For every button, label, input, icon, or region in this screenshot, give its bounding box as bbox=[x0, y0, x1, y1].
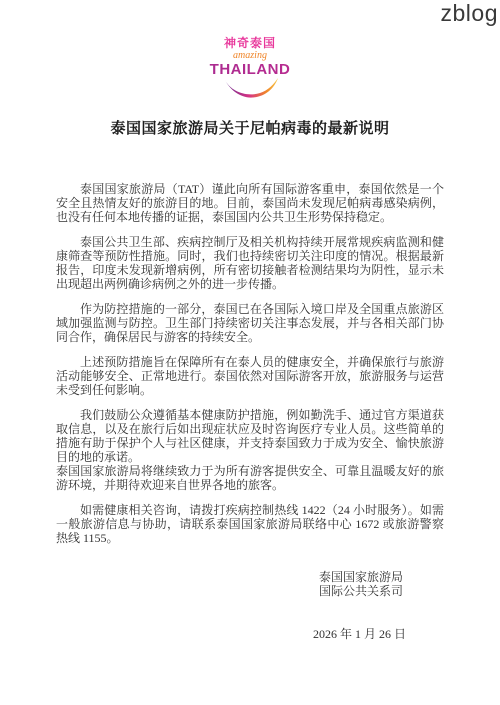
logo-chinese-text: 神奇泰国 bbox=[0, 37, 500, 49]
page-title: 泰国国家旅游局关于尼帕病毒的最新说明 bbox=[0, 117, 500, 138]
paragraph-3: 作为防控措施的一部分，泰国已在各国际入境口岸及全国重点旅游区域加强监测与防控。卫… bbox=[56, 302, 444, 344]
paragraph-7: 如需健康相关咨询，请拨打疾病控制热线 1422（24 小时服务）。如需一般旅游信… bbox=[56, 503, 444, 545]
thailand-swoosh-icon bbox=[0, 78, 500, 98]
signature-org: 泰国国家旅游局 bbox=[319, 570, 403, 584]
signature-date: 2026 年 1 月 26 日 bbox=[313, 627, 406, 641]
paragraph-2: 泰国公共卫生部、疾病控制厅及相关机构持续开展常规疾病监测和健康筛查等预防性措施。… bbox=[56, 235, 444, 291]
paragraph-4: 上述预防措施旨在保障所有在泰人员的健康安全，并确保旅行与旅游活动能够安全、正常地… bbox=[56, 355, 444, 397]
paragraph-5: 我们鼓励公众遵循基本健康防护措施，例如勤洗手、通过官方渠道获取信息，以及在旅行后… bbox=[56, 408, 444, 464]
document-page: zblog 神奇泰国 amazing THAILAND 泰国国家旅游局关于尼帕病… bbox=[0, 0, 500, 705]
document-body: 泰国国家旅游局（TAT）谨此向所有国际游客重申，泰国依然是一个安全且热情友好的旅… bbox=[56, 182, 444, 641]
paragraph-1: 泰国国家旅游局（TAT）谨此向所有国际游客重申，泰国依然是一个安全且热情友好的旅… bbox=[56, 182, 444, 224]
zblog-site-logo[interactable]: zblog bbox=[441, 0, 498, 27]
amazing-thailand-logo: 神奇泰国 amazing THAILAND bbox=[0, 0, 500, 98]
paragraph-6: 泰国国家旅游局将继续致力于为所有游客提供安全、可靠且温暖友好的旅游环境，并期待欢… bbox=[56, 464, 444, 492]
signature-block: 泰国国家旅游局 国际公共关系司 bbox=[319, 570, 403, 598]
signature-department: 国际公共关系司 bbox=[319, 584, 403, 598]
logo-amazing-text: amazing bbox=[0, 51, 500, 61]
logo-thailand-wordmark: THAILAND bbox=[0, 62, 500, 77]
